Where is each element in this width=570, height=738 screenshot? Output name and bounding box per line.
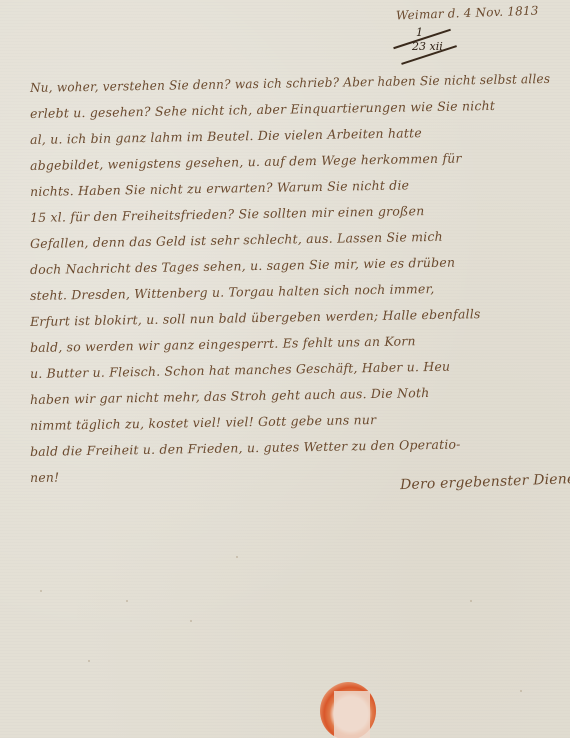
paper-speck [88,660,90,662]
paper-speck [520,690,522,692]
paper-speck [126,600,128,602]
paper-speck [470,600,472,602]
paper-speck [236,556,238,558]
wax-seal-paper-fragment [334,691,370,738]
reference-mark: 1 23 xii [392,28,462,62]
paper-speck [40,590,42,592]
paper-speck [190,620,192,622]
letter-line: nen! [30,471,60,484]
